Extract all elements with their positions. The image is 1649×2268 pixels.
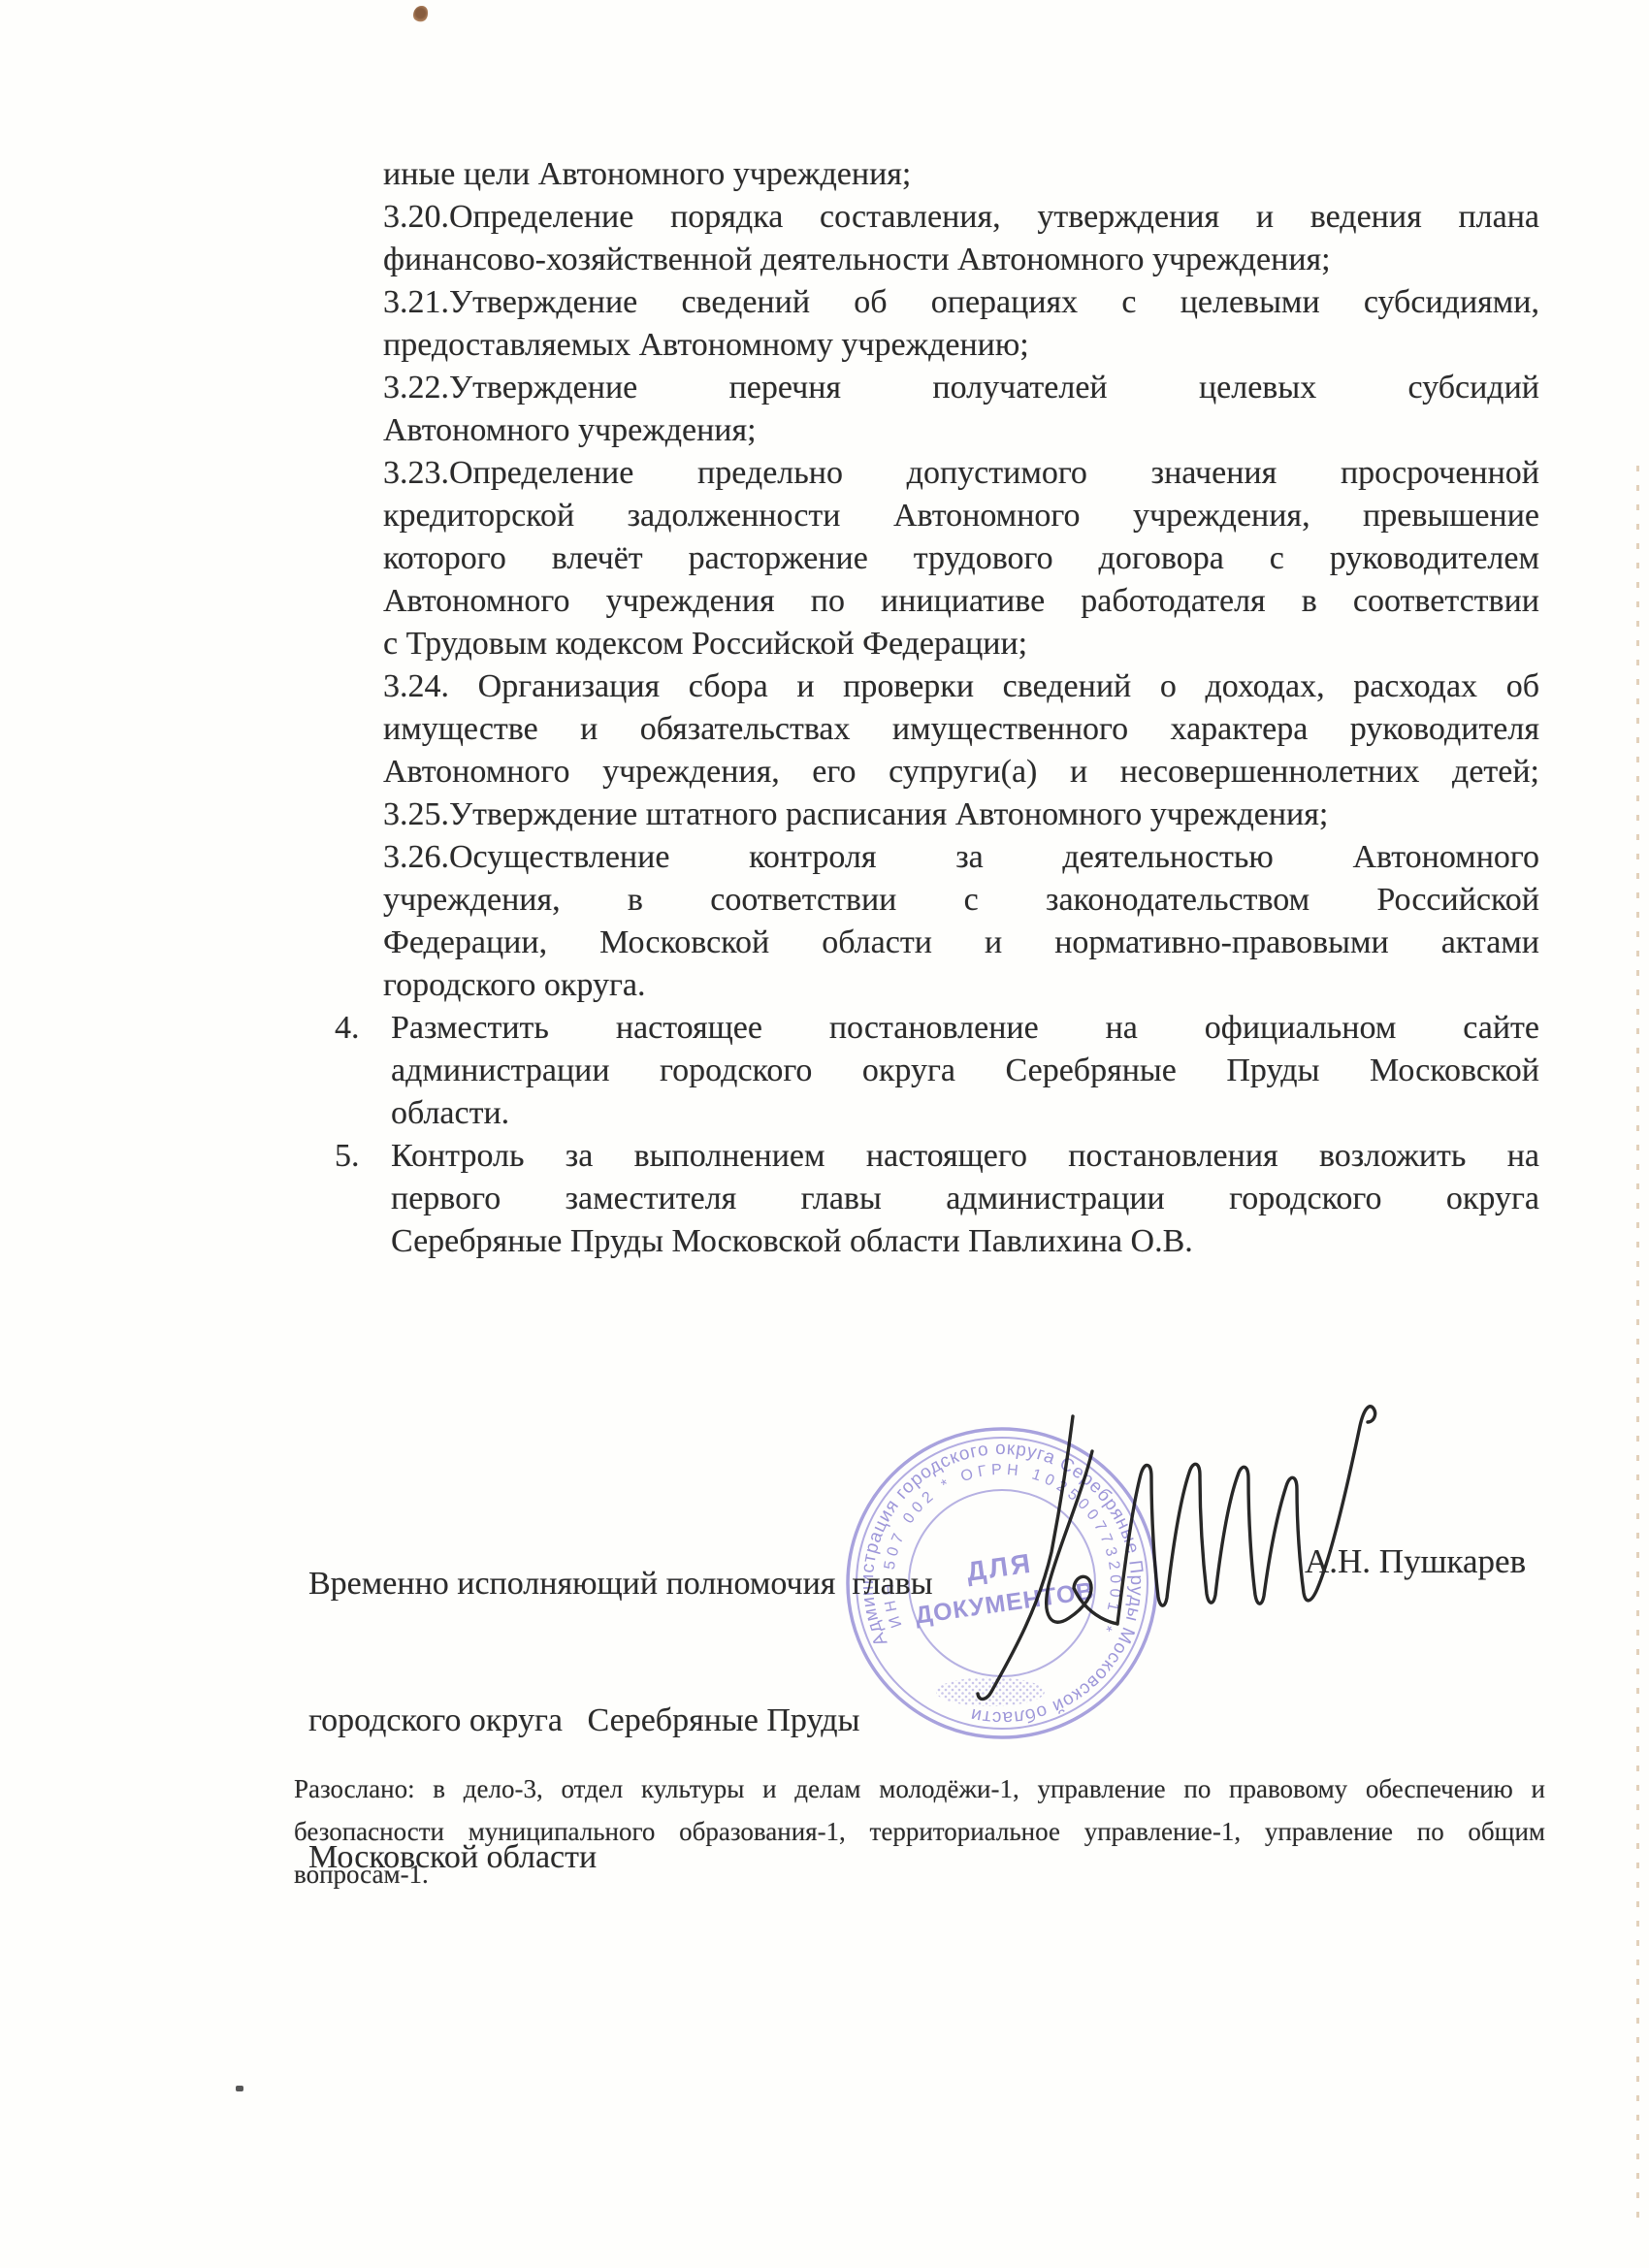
- list-item-5-marker: 5.: [335, 1135, 379, 1178]
- paragraph-3-22: 3.22.Утверждение перечня получателей цел…: [383, 367, 1539, 452]
- scan-edge-artifact: [1636, 466, 1639, 2231]
- body-line: Федерации, Московской области и норматив…: [383, 922, 1539, 964]
- paragraph-3-24: 3.24. Организация сбора и проверки сведе…: [383, 665, 1539, 794]
- signatory-name: А.Н. Пушкарев: [1305, 1542, 1596, 1581]
- document-body: иные цели Автономного учреждения; 3.20.О…: [383, 153, 1539, 1263]
- body-line: Серебряные Пруды Московской области Павл…: [391, 1220, 1539, 1263]
- body-line: с Трудовым кодексом Российской Федерации…: [383, 623, 1539, 665]
- signature-line: Временно исполняющий полномочия главы: [308, 1561, 1046, 1606]
- distribution-note: Разослано: в дело-3, отдел культуры и де…: [294, 1769, 1545, 1897]
- scanned-document-page: иные цели Автономного учреждения; 3.20.О…: [0, 0, 1649, 2268]
- body-line: кредиторской задолженности Автономного у…: [383, 495, 1539, 537]
- signature-stroke-zigzag: [1117, 1407, 1375, 1624]
- body-line: 3.20.Определение порядка составления, ут…: [383, 196, 1539, 239]
- ink-dot-artifact: [236, 2086, 243, 2091]
- body-line: Автономного учреждения по инициативе раб…: [383, 580, 1539, 623]
- body-line: 3.21.Утверждение сведений об операциях с…: [383, 281, 1539, 324]
- body-line: Разместить настоящее постановление на оф…: [391, 1007, 1539, 1050]
- body-line: Автономного учреждения, его супруги(а) и…: [383, 751, 1539, 794]
- body-line: учреждения, в соответствии с законодател…: [383, 879, 1539, 922]
- body-line: 3.23.Определение предельно допустимого з…: [383, 452, 1539, 495]
- body-line: области.: [391, 1092, 1539, 1135]
- body-line: первого заместителя главы администрации …: [391, 1178, 1539, 1220]
- body-line: финансово-хозяйственной деятельности Авт…: [383, 239, 1539, 281]
- body-line: 3.24. Организация сбора и проверки сведе…: [383, 665, 1539, 708]
- body-line: администрации городского округа Серебрян…: [391, 1050, 1539, 1092]
- paragraph-3-23: 3.23.Определение предельно допустимого з…: [383, 452, 1539, 665]
- body-line: городского округа.: [383, 964, 1539, 1007]
- body-line: 3.26.Осуществление контроля за деятельно…: [383, 836, 1539, 879]
- scan-speck-artifact: [413, 6, 428, 22]
- paragraph-3-26: 3.26.Осуществление контроля за деятельно…: [383, 836, 1539, 1007]
- body-line: которого влечёт расторжение трудового до…: [383, 537, 1539, 580]
- body-line: 3.25.Утверждение штатного расписания Авт…: [383, 794, 1539, 836]
- list-item-4: 4. Разместить настоящее постановление на…: [383, 1007, 1539, 1135]
- distribution-line: Разослано: в дело-3, отдел культуры и де…: [294, 1769, 1545, 1812]
- distribution-line: безопасности муниципального образования-…: [294, 1812, 1545, 1855]
- body-line: 3.22.Утверждение перечня получателей цел…: [383, 367, 1539, 409]
- paragraph-3-25: 3.25.Утверждение штатного расписания Авт…: [383, 794, 1539, 836]
- distribution-line: вопросам-1.: [294, 1855, 1545, 1897]
- body-line: Автономного учреждения;: [383, 409, 1539, 452]
- paragraph-3-21: 3.21.Утверждение сведений об операциях с…: [383, 281, 1539, 367]
- signature-line: городского округа Серебряные Пруды: [308, 1698, 1046, 1743]
- body-line: иные цели Автономного учреждения;: [383, 153, 1539, 196]
- body-line: имуществе и обязательствах имущественног…: [383, 708, 1539, 751]
- body-line: Контроль за выполнением настоящего поста…: [391, 1135, 1539, 1178]
- list-item-4-marker: 4.: [335, 1007, 379, 1050]
- paragraph-3-20: 3.20.Определение порядка составления, ут…: [383, 196, 1539, 281]
- list-item-5: 5. Контроль за выполнением настоящего по…: [383, 1135, 1539, 1263]
- signature-stroke-loop: [1047, 1451, 1117, 1624]
- body-line: предоставляемых Автономному учреждению;: [383, 324, 1539, 367]
